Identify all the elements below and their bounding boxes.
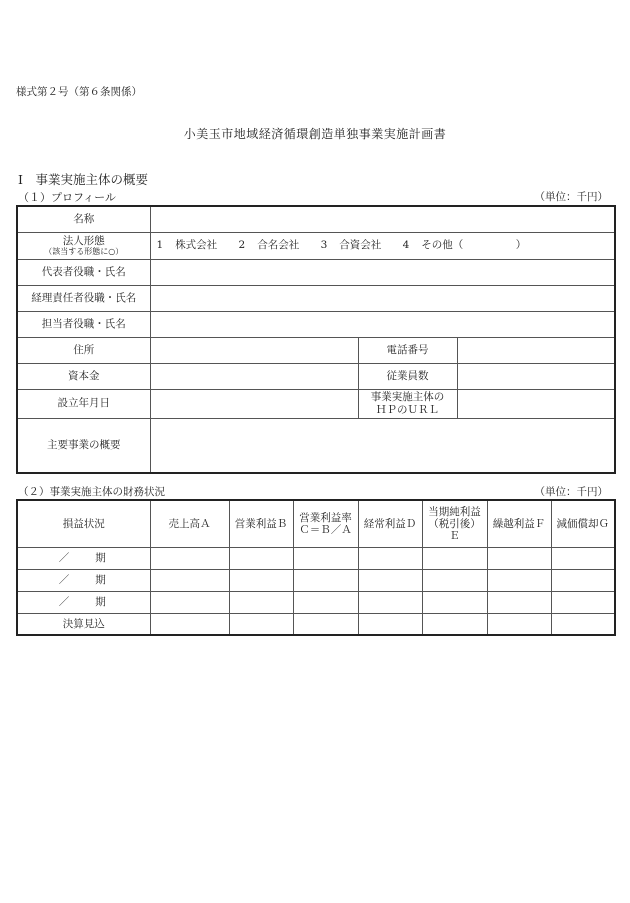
table-row: 決算見込 <box>17 613 615 635</box>
label-main-business: 主要事業の概要 <box>17 418 150 473</box>
section-heading: Ⅰ 事業実施主体の概要 <box>18 170 148 188</box>
address-field[interactable] <box>150 337 358 363</box>
corp-type-options: 1株式会社 2合名会社 3合資会社 4その他（ ） <box>150 232 615 259</box>
period-label: ／期 <box>17 569 150 591</box>
table-row: ／期 <box>17 591 615 613</box>
cell[interactable] <box>487 569 551 591</box>
label-hp-url: 事業実施主体の ＨＰのＵＲＬ <box>358 389 457 418</box>
document-title: 小美玉市地域経済循環創造単独事業実施計画書 <box>0 125 630 142</box>
col-operating-margin: 営業利益率 Ｃ＝Ｂ／Ａ <box>293 500 358 547</box>
col-operating-profit: 営業利益Ｂ <box>229 500 293 547</box>
cell[interactable] <box>422 613 487 635</box>
cell[interactable] <box>229 613 293 635</box>
established-field[interactable] <box>150 389 358 418</box>
phone-field[interactable] <box>457 337 615 363</box>
cell[interactable] <box>293 591 358 613</box>
profile-table: 名称 法人形態 （該当する形態に○） 1株式会社 2合名会社 3合資会社 4その… <box>16 205 616 474</box>
main-business-field[interactable] <box>150 418 615 473</box>
label-address: 住所 <box>17 337 150 363</box>
label-established: 設立年月日 <box>17 389 150 418</box>
cell[interactable] <box>551 613 615 635</box>
corp-option-2[interactable]: 2合名会社 <box>239 239 300 251</box>
form-number: 様式第２号（第６条関係） <box>16 84 142 99</box>
contact-field[interactable] <box>150 311 615 337</box>
capital-field[interactable] <box>150 363 358 389</box>
name-field[interactable] <box>150 206 615 232</box>
label-contact: 担当者役職・氏名 <box>17 311 150 337</box>
period-label: ／期 <box>17 547 150 569</box>
employees-field[interactable] <box>457 363 615 389</box>
cell[interactable] <box>358 613 422 635</box>
cell[interactable] <box>229 569 293 591</box>
cell[interactable] <box>487 613 551 635</box>
cell[interactable] <box>422 547 487 569</box>
cell[interactable] <box>293 569 358 591</box>
corp-type-label: 法人形態 <box>63 235 105 247</box>
forecast-label: 決算見込 <box>17 613 150 635</box>
cell[interactable] <box>150 569 229 591</box>
corp-option-3[interactable]: 3合資会社 <box>321 239 382 251</box>
cell[interactable] <box>229 591 293 613</box>
label-name: 名称 <box>17 206 150 232</box>
label-capital: 資本金 <box>17 363 150 389</box>
cell[interactable] <box>422 569 487 591</box>
cell[interactable] <box>150 547 229 569</box>
financial-unit-label: （単位：千円） <box>535 484 609 499</box>
table-row: ／期 <box>17 547 615 569</box>
cell[interactable] <box>293 547 358 569</box>
label-phone: 電話番号 <box>358 337 457 363</box>
table-row: ／期 <box>17 569 615 591</box>
representative-field[interactable] <box>150 259 615 285</box>
accounting-field[interactable] <box>150 285 615 311</box>
financial-table: 損益状況 売上高Ａ 営業利益Ｂ 営業利益率 Ｃ＝Ｂ／Ａ 経常利益Ｄ 当期純利益 … <box>16 499 616 636</box>
cell[interactable] <box>487 591 551 613</box>
col-net-income: 当期純利益 （税引後） Ｅ <box>422 500 487 547</box>
profile-unit-label: （単位：千円） <box>535 189 609 204</box>
cell[interactable] <box>358 569 422 591</box>
label-corp-type: 法人形態 （該当する形態に○） <box>17 232 150 259</box>
cell[interactable] <box>551 569 615 591</box>
col-retained-earnings: 繰越利益Ｆ <box>487 500 551 547</box>
col-profit-status: 損益状況 <box>17 500 150 547</box>
corp-option-1[interactable]: 1株式会社 <box>157 239 218 251</box>
cell[interactable] <box>358 591 422 613</box>
cell[interactable] <box>150 613 229 635</box>
col-depreciation: 減価償却Ｇ <box>551 500 615 547</box>
profile-subheading: （１）プロフィール <box>18 189 116 205</box>
financial-subheading: （２）事業実施主体の財務状況 <box>18 484 165 499</box>
period-label: ／期 <box>17 591 150 613</box>
corp-option-4[interactable]: 4その他（ ） <box>403 239 527 251</box>
cell[interactable] <box>358 547 422 569</box>
hp-url-field[interactable] <box>457 389 615 418</box>
col-sales: 売上高Ａ <box>150 500 229 547</box>
cell[interactable] <box>551 547 615 569</box>
cell[interactable] <box>487 547 551 569</box>
cell[interactable] <box>293 613 358 635</box>
cell[interactable] <box>229 547 293 569</box>
label-accounting: 経理責任者役職・氏名 <box>17 285 150 311</box>
col-ordinary-profit: 経常利益Ｄ <box>358 500 422 547</box>
cell[interactable] <box>422 591 487 613</box>
label-representative: 代表者役職・氏名 <box>17 259 150 285</box>
cell[interactable] <box>150 591 229 613</box>
corp-type-note: （該当する形態に○） <box>18 247 150 256</box>
cell[interactable] <box>551 591 615 613</box>
label-employees: 従業員数 <box>358 363 457 389</box>
